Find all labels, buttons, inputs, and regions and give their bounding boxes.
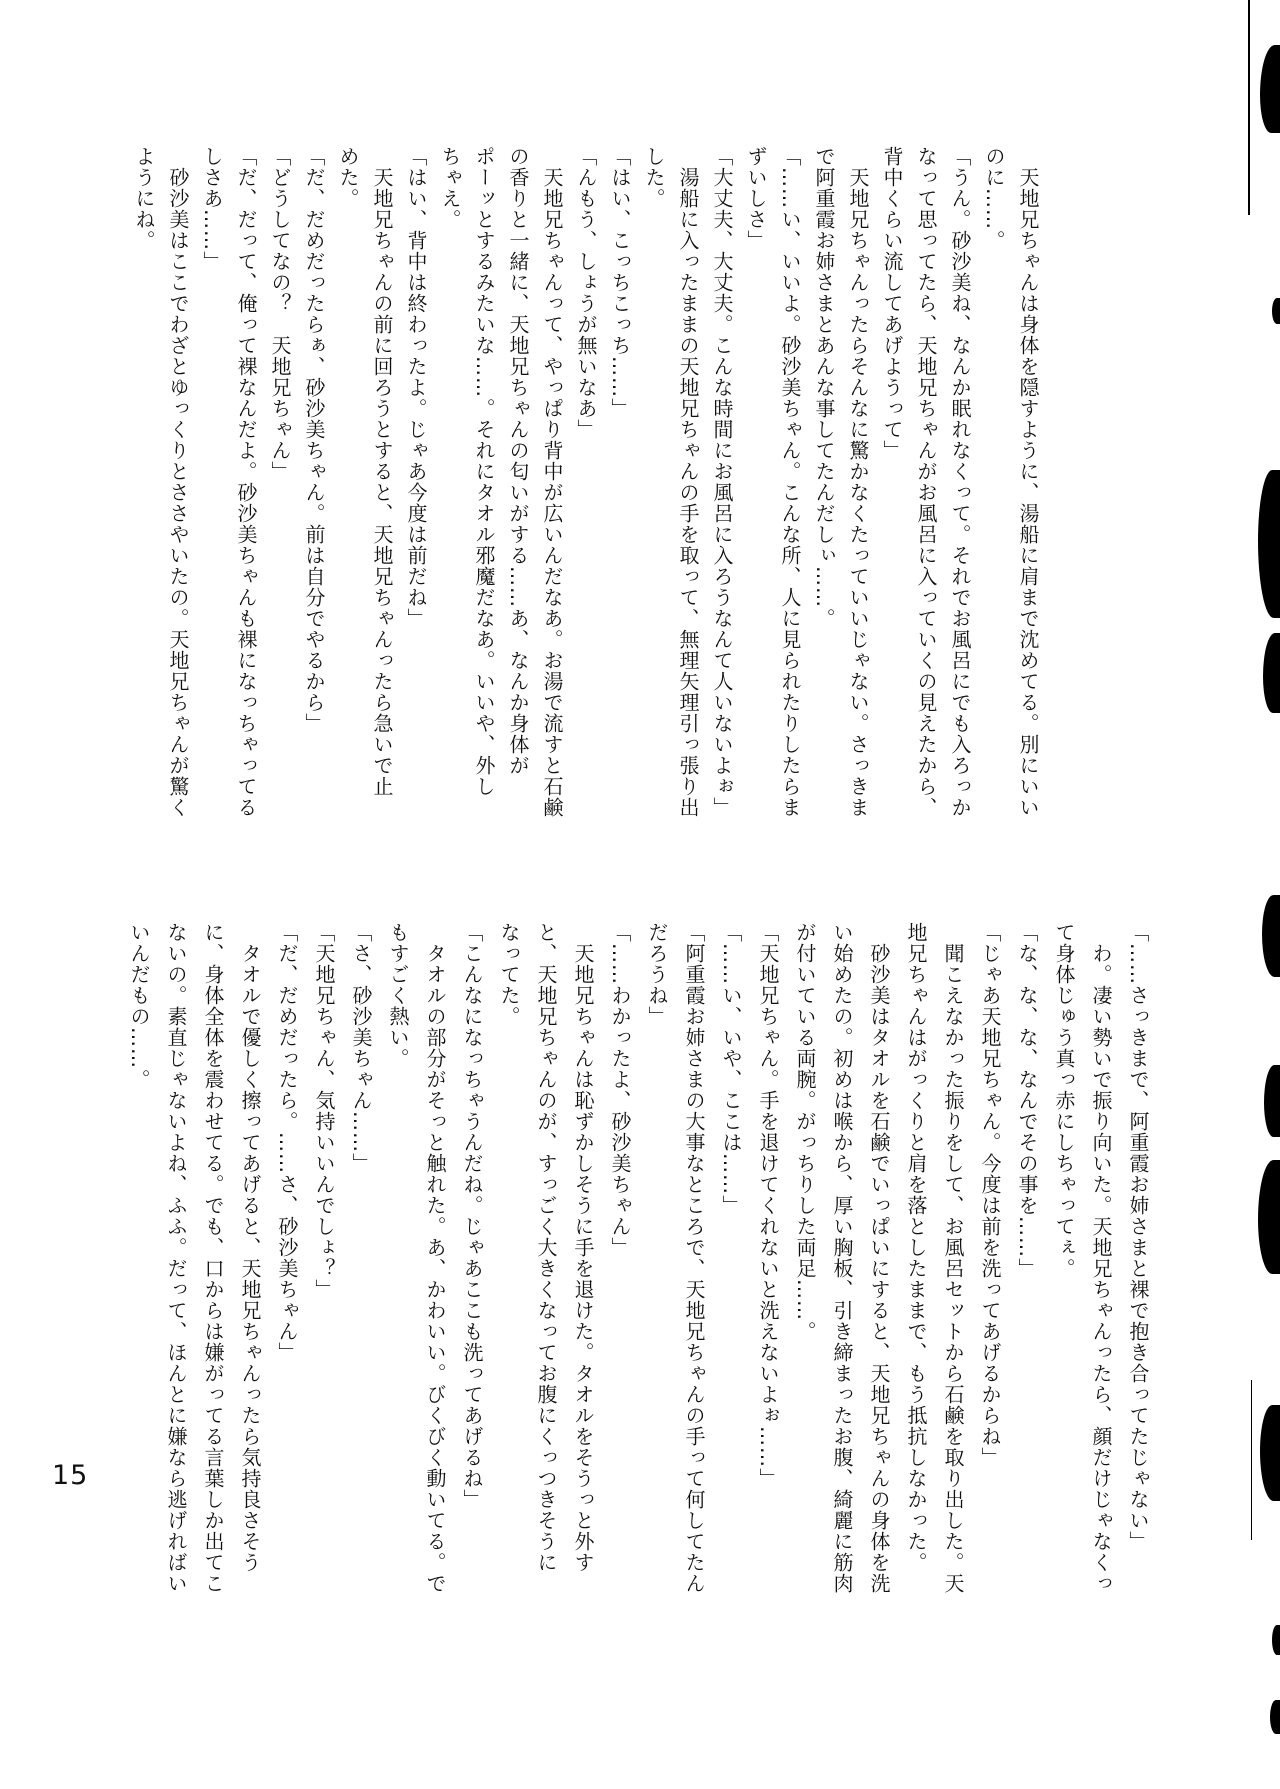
text-line: 「だ、だめだったら。……さ、砂沙美ちゃん」 (268, 922, 305, 1602)
text-line: なって思ってたら、天地兄ちゃんがお風呂に入っていくの見えたから、 (909, 146, 943, 838)
text-line: て身体じゅう真っ赤にしちゃってぇ。 (1045, 922, 1082, 1602)
text-line: 「だ、だって、俺って裸なんだよ。砂沙美ちゃんも裸になっちゃってる (229, 146, 263, 838)
scan-edge-line (1251, 1380, 1252, 1540)
text-line: ないの。素直じゃないよね、ふふ。だって、ほんとに嫌なら逃げればい (157, 922, 194, 1602)
text-line: 「だ、だめだったらぁ、砂沙美ちゃん。前は自分でやるから」 (297, 146, 331, 838)
ink-blob (1270, 1700, 1280, 1734)
text-line: 「阿重霞お姉さまの大事なところで、天地兄ちゃんの手って何してたん (675, 922, 712, 1602)
text-line: タオルで優しく擦ってあげると、天地兄ちゃんったら気持良さそう (231, 922, 268, 1602)
text-line: 「……わかったよ、砂沙美ちゃん」 (601, 922, 638, 1602)
text-line: した。 (637, 146, 671, 838)
scan-edge-line (1248, 0, 1250, 215)
text-line: が付いている両腕。がっちりした両足……。 (786, 922, 823, 1602)
text-line: 「……い、いや、ここは……」 (712, 922, 749, 1602)
text-line: 「……さっきまで、阿重霞お姉さまと裸で抱き合ってたじゃない」 (1119, 922, 1156, 1602)
text-block-bottom: 「……さっきまで、阿重霞お姉さまと裸で抱き合ってたじゃない」わ。凄い勢いで振り向… (120, 922, 1156, 1602)
text-line: なってた。 (490, 922, 527, 1602)
text-line: と、天地兄ちゃんのが、すっごく大きくなってお腹にくっつきそうに (527, 922, 564, 1602)
text-line: ずいしさ」 (739, 146, 773, 838)
ink-blob (1263, 633, 1280, 713)
page-number: 15 (52, 1460, 88, 1491)
text-line: 天地兄ちゃんは恥ずかしそうに手を退けた。タオルをそうっと外す (564, 922, 601, 1602)
text-line: 「こんなになっちゃうんだね。じゃあここも洗ってあげるね」 (453, 922, 490, 1602)
text-line: 「天地兄ちゃん、気持いいんでしょ？」 (305, 922, 342, 1602)
text-line: 砂沙美はタオルを石鹸でいっぱいにすると、天地兄ちゃんの身体を洗 (860, 922, 897, 1602)
text-line: 天地兄ちゃんの前に回ろうとすると、天地兄ちゃんったら急いで止 (365, 146, 399, 838)
ink-blob (1258, 1160, 1280, 1274)
ink-blob (1260, 1405, 1280, 1501)
text-line: わ。凄い勢いで振り向いた。天地兄ちゃんったら、顔だけじゃなくっ (1082, 922, 1119, 1602)
text-line: めた。 (331, 146, 365, 838)
text-line: タオルの部分がそっと触れた。あ、かわいい。びくびく動いてる。で (416, 922, 453, 1602)
text-line: 「大丈夫、大丈夫。こんな時間にお風呂に入ろうなんて人いないよぉ」 (705, 146, 739, 838)
text-line: 天地兄ちゃんって、やっぱり背中が広いんだなあ。お湯で流すと石鹸 (535, 146, 569, 838)
text-line: ポーッとするみたいな……。それにタオル邪魔だなあ。いいや、外し (467, 146, 501, 838)
text-line: 砂沙美はここでわざとゆっくりとささやいたの。天地兄ちゃんが驚く (161, 146, 195, 838)
ink-blob (1264, 1065, 1280, 1137)
text-line: 「どうしてなの？ 天地兄ちゃん」 (263, 146, 297, 838)
text-line: しさあ……」 (195, 146, 229, 838)
text-line: ようにね。 (127, 146, 161, 838)
text-line: いんだもの……。 (120, 922, 157, 1602)
text-line: 天地兄ちゃんは身体を隠すように、湯船に肩まで沈めてる。別にいい (1011, 146, 1045, 838)
text-line: 天地兄ちゃんったらそんなに驚かなくたっていいじゃない。さっきま (841, 146, 875, 838)
text-block-top: 天地兄ちゃんは身体を隠すように、湯船に肩まで沈めてる。別にいいのに……。「うん。… (127, 146, 1045, 838)
text-line: 背中くらい流してあげようって」 (875, 146, 909, 838)
text-line: 「んもう、しょうが無いなあ」 (569, 146, 603, 838)
text-line: 「……い、いいよ。砂沙美ちゃん。こんな所、人に見られたりしたらま (773, 146, 807, 838)
text-line: 地兄ちゃんはがっくりと肩を落としたままで、もう抵抗しなかった。 (897, 922, 934, 1602)
ink-blob (1258, 470, 1280, 618)
text-line: 湯船に入ったままの天地兄ちゃんの手を取って、無理矢理引っ張り出 (671, 146, 705, 838)
text-line: い始めたの。初めは喉から、厚い胸板、引き締まったお腹、綺麗に筋肉 (823, 922, 860, 1602)
text-line: 「天地兄ちゃん。手を退けてくれないと洗えないよぉ……」 (749, 922, 786, 1602)
text-line: のに……。 (977, 146, 1011, 838)
text-line: で阿重霞お姉さまとあんな事してたんだしぃ……。 (807, 146, 841, 838)
text-line: 「うん。砂沙美ね、なんか眠れなくって。それでお風呂にでも入ろっか (943, 146, 977, 838)
text-line: 聞こえなかった振りをして、お風呂セットから石鹸を取り出した。天 (934, 922, 971, 1602)
ink-blob (1262, 895, 1280, 977)
text-line: 「はい、こっちこっち……」 (603, 146, 637, 838)
scan-edge-artifact (1236, 0, 1280, 1789)
text-line: の香りと一緒に、天地兄ちゃんの匂いがする……あ、なんか身体が (501, 146, 535, 838)
text-line: 「な、な、な、なんでその事を……」 (1008, 922, 1045, 1602)
text-line: 「はい、背中は終わったよ。じゃあ今度は前だね」 (399, 146, 433, 838)
ink-blob (1272, 298, 1280, 324)
text-line: 「じゃあ天地兄ちゃん。今度は前を洗ってあげるからね」 (971, 922, 1008, 1602)
ink-blob (1272, 1625, 1280, 1655)
text-line: ちゃえ。 (433, 146, 467, 838)
text-line: 「さ、砂沙美ちゃん……」 (342, 922, 379, 1602)
book-page: 天地兄ちゃんは身体を隠すように、湯船に肩まで沈めてる。別にいいのに……。「うん。… (0, 0, 1280, 1789)
ink-blob (1260, 45, 1280, 133)
text-line: に、身体全体を震わせてる。でも、口からは嫌がってる言葉しか出てこ (194, 922, 231, 1602)
text-line: もすごく熱い。 (379, 922, 416, 1602)
text-line: だろうね」 (638, 922, 675, 1602)
